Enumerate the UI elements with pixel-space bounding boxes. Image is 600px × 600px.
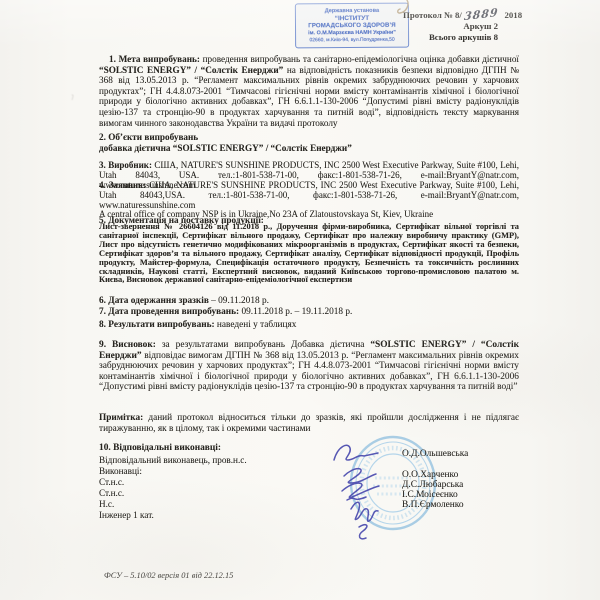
section-4-label: 4. Заявник: bbox=[99, 180, 146, 190]
section-1-purpose: 1. Мета випробувань: проведення випробув… bbox=[99, 54, 519, 128]
sections-6-7-dates: 6. Дата одержання зразків – 09.11.2018 р… bbox=[99, 296, 519, 318]
executor-role: Ст.н.с. bbox=[99, 477, 339, 488]
executor-role: Інженер 1 кат. bbox=[99, 510, 339, 521]
protocol-header: Протокол № 8/38892018 Аркуш 2 Всього арк… bbox=[403, 9, 498, 43]
signatory-name: О.О.Харченко bbox=[402, 470, 458, 480]
executor-role: Виконавці: bbox=[99, 466, 339, 477]
document-page: Державна установа “ІНСТИТУТ ГРОМАДСЬКОГО… bbox=[0, 0, 600, 600]
section-7-date-tested: 7. Дата проведення випробувань: 09.11.20… bbox=[99, 307, 519, 318]
signatory-name: О.Д.Ольшевська bbox=[402, 449, 468, 459]
handwritten-protocol-number: 3889 bbox=[464, 7, 499, 22]
executor-role: Відповідальний виконавець, пров.н.с. bbox=[99, 455, 339, 466]
section-7-text: 09.11.2018 р. – 19.11.2018 р. bbox=[239, 307, 352, 317]
section-3-label: 3. Виробник: bbox=[99, 160, 152, 170]
form-code-footer: ФСУ – 5.10/02 версія 01 від 22.12.15 bbox=[104, 571, 233, 580]
section-1-text: проведення випробувань та санітарно-епід… bbox=[200, 54, 519, 64]
section-7-label: 7. Дата проведення випробувань: bbox=[99, 307, 239, 317]
executor-roles: Відповідальний виконавець, пров.н.с. Вик… bbox=[99, 455, 339, 521]
signatory-name: І.С.Моісеєнко bbox=[402, 490, 458, 500]
note-label: Примітка: bbox=[99, 413, 143, 423]
signatory-name: Д.С.Любарська bbox=[402, 480, 463, 490]
executor-role: Ст.н.с. bbox=[99, 488, 339, 499]
note-text: даний протокол відноситься тільки до зра… bbox=[99, 413, 519, 434]
section-5-documents: Лист-звернення № 26604126 від 11.2018 р.… bbox=[99, 223, 519, 285]
note-paragraph: Примітка: даний протокол відноситься тіл… bbox=[99, 413, 519, 434]
sheet-number: Аркуш 2 bbox=[403, 21, 498, 32]
section-8-text: наведені у таблицях bbox=[215, 320, 297, 330]
section-8-results: 8. Результати випробувань: наведені у та… bbox=[99, 320, 519, 331]
section-9-label: 9. Висновок: bbox=[99, 340, 156, 350]
signatory-name: В.П.Єрмоленко bbox=[402, 500, 464, 510]
section-9-text: за результатами випробувань Добавка дієт… bbox=[156, 340, 370, 350]
executor-role: Н.с. bbox=[99, 499, 339, 510]
section-9-text: відповідає вимогам ДГПН № 368 від 13.05.… bbox=[99, 351, 519, 393]
section-9-conclusion: 9. Висновок: за результатами випробувань… bbox=[99, 340, 519, 393]
scanned-protocol-document: { "stamp": { "line1": "Державна установа… bbox=[0, 0, 600, 600]
section-8-label: 8. Результати випробувань: bbox=[99, 320, 215, 330]
section-2-line: добавка дієтична “SOLSTIC ENERGY” / “Сол… bbox=[99, 143, 519, 154]
section-6-label: 6. Дата одержання зразків bbox=[99, 296, 209, 306]
section-2-objects: 2. Об’єкти випробувань добавка дієтична … bbox=[99, 132, 519, 154]
pencil-smudge: ℩ bbox=[70, 92, 84, 108]
section-2-heading: 2. Об’єкти випробувань bbox=[99, 132, 519, 143]
protocol-year: 2018 bbox=[505, 10, 523, 20]
protocol-number-label: Протокол № 8/ bbox=[403, 10, 462, 20]
section-1-label: 1. Мета випробувань: bbox=[109, 54, 200, 64]
stamp-line: 02660, м.Київ-94, вул.Попудренка,50 bbox=[296, 36, 408, 43]
protocol-number-row: Протокол № 8/38892018 bbox=[403, 9, 498, 21]
total-sheets: Всього аркушів 8 bbox=[403, 32, 498, 43]
section-4-text: США, NATURE'S SUNSHINE PRODUCTS, INC 250… bbox=[99, 180, 519, 210]
section-6-date-received: 6. Дата одержання зразків – 09.11.2018 р… bbox=[99, 296, 519, 307]
product-name: “SOLSTIC ENERGY” / “Солстік Енерджи” bbox=[99, 65, 283, 75]
section-6-text: – 09.11.2018 р. bbox=[209, 296, 269, 306]
